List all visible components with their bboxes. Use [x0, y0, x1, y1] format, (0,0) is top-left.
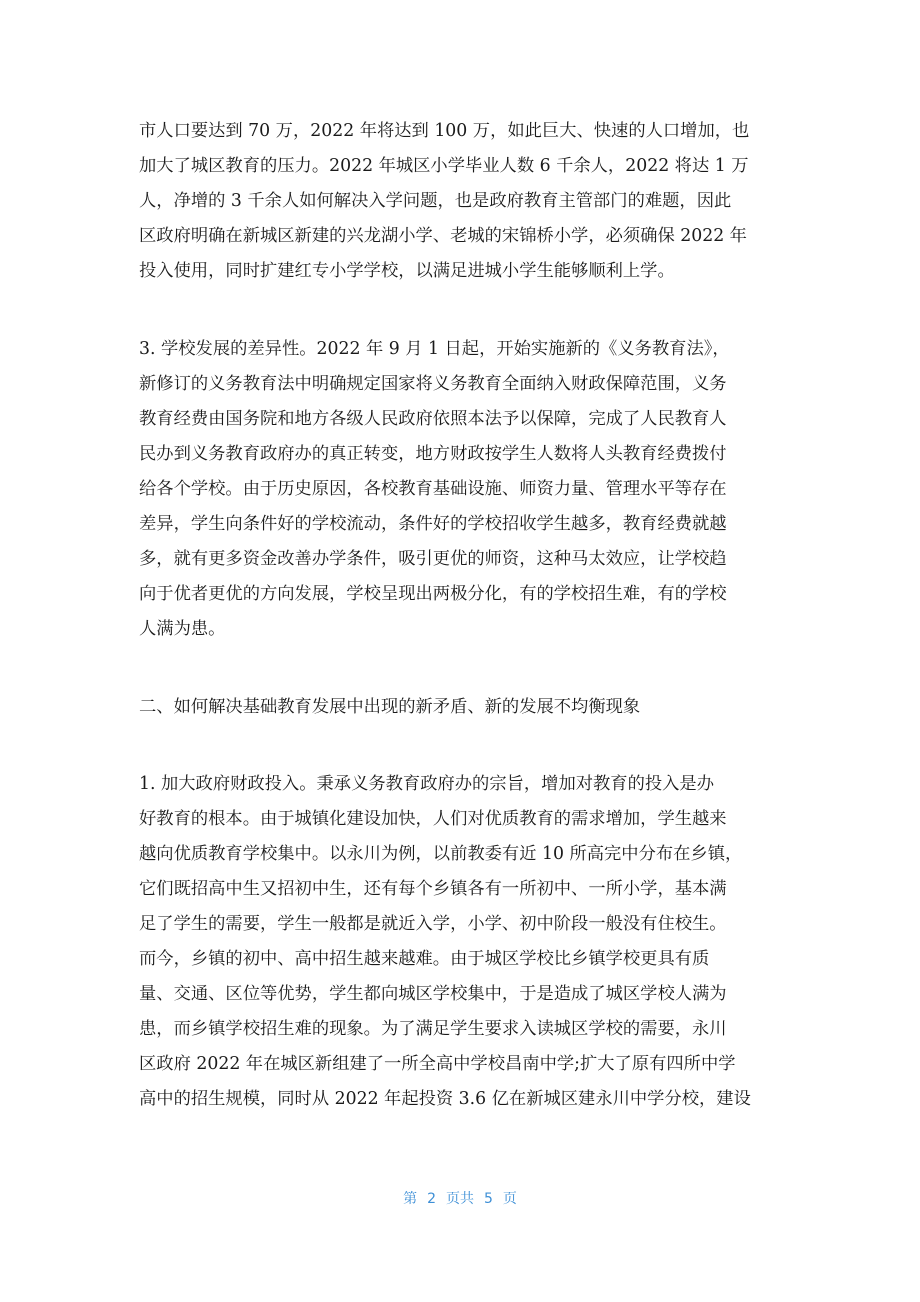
- page-number-footer: 第2页共5页: [0, 1188, 920, 1208]
- text-line: 人，净增的 3 千余人如何解决入学问题，也是政府教育主管部门的难题，因此: [139, 190, 799, 212]
- text-line: 它们既招高中生又招初中生，还有每个乡镇各有一所初中、一所小学，基本满: [139, 878, 799, 900]
- text-line: 区政府 2022 年在城区新组建了一所全高中学校昌南中学;扩大了原有四所中学: [139, 1053, 799, 1075]
- text-line: 给各个学校。由于历史原因，各校教育基础设施、师资力量、管理水平等存在: [139, 478, 799, 500]
- text-line: 患，而乡镇学校招生难的现象。为了满足学生要求入读城区学校的需要，永川: [139, 1018, 799, 1040]
- text-line: 量、交通、区位等优势，学生都向城区学校集中，于是造成了城区学校人满为: [139, 983, 799, 1005]
- text-line: 而今，乡镇的初中、高中招生越来越难。由于城区学校比乡镇学校更具有质: [139, 948, 799, 970]
- text-line: 足了学生的需要，学生一般都是就近入学，小学、初中阶段一般没有住校生。: [139, 913, 799, 935]
- text-line: 民办到义务教育政府办的真正转变，地方财政按学生人数将人头教育经费拨付: [139, 443, 799, 465]
- text-line: 市人口要达到 70 万，2022 年将达到 100 万，如此巨大、快速的人口增加…: [139, 120, 799, 142]
- text-line: 3. 学校发展的差异性。2022 年 9 月 1 日起，开始实施新的《义务教育法…: [139, 338, 799, 360]
- text-line: 越向优质教育学校集中。以永川为例，以前教委有近 10 所高完中分布在乡镇，: [139, 843, 799, 865]
- text-line: 新修订的义务教育法中明确规定国家将义务教育全面纳入财政保障范围，义务: [139, 373, 799, 395]
- text-line: 加大了城区教育的压力。2022 年城区小学毕业人数 6 千余人，2022 将达 …: [139, 155, 799, 177]
- text-line: 教育经费由国务院和地方各级人民政府依照本法予以保障，完成了人民教育人: [139, 408, 799, 430]
- text-line: 好教育的根本。由于城镇化建设加快，人们对优质教育的需求增加，学生越来: [139, 808, 799, 830]
- footer-suffix: 页: [503, 1191, 517, 1207]
- text-line: 差异，学生向条件好的学校流动，条件好的学校招收学生越多，教育经费就越: [139, 513, 799, 535]
- total-pages-number: 5: [484, 1191, 493, 1207]
- text-line: 向于优者更优的方向发展，学校呈现出两极分化，有的学校招生难，有的学校: [139, 583, 799, 605]
- footer-middle: 页共: [446, 1191, 474, 1207]
- text-line: 区政府明确在新城区新建的兴龙湖小学、老城的宋锦桥小学，必须确保 2022 年: [139, 225, 799, 247]
- current-page-number: 2: [427, 1191, 436, 1207]
- text-line: 投入使用，同时扩建红专小学学校，以满足进城小学生能够顺利上学。: [139, 260, 799, 282]
- text-line: 多，就有更多资金改善办学条件，吸引更优的师资，这种马太效应，让学校趋: [139, 548, 799, 570]
- heading-line: 二、如何解决基础教育发展中出现的新矛盾、新的发展不均衡现象: [139, 696, 799, 718]
- text-line: 1. 加大政府财政投入。秉承义务教育政府办的宗旨，增加对教育的投入是办: [139, 773, 799, 795]
- document-page: 市人口要达到 70 万，2022 年将达到 100 万，如此巨大、快速的人口增加…: [0, 0, 920, 1302]
- text-line: 人满为患。: [139, 618, 799, 640]
- text-line: 高中的招生规模，同时从 2022 年起投资 3.6 亿在新城区建永川中学分校，建…: [139, 1088, 799, 1110]
- footer-prefix: 第: [403, 1191, 417, 1207]
